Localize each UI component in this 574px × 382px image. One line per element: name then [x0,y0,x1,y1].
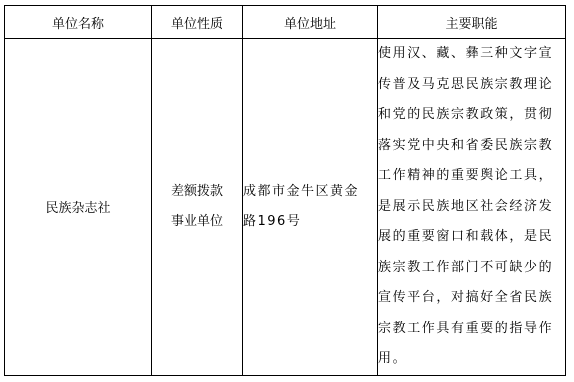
duty-line: 宗教工作具有重要的指导作 [378,314,565,345]
unit-nature-cell: 差额拨款 事业单位 [152,39,243,376]
unit-name-cell: 民族杂志社 [5,39,152,376]
table-row: 民族杂志社 差额拨款 事业单位 成都市金牛区黄金 路196号 使用汉、藏、彝三种… [5,39,566,376]
duty-line: 是展示民族地区社会经济发 [378,192,565,223]
unit-address-cell: 成都市金牛区黄金 路196号 [243,39,378,376]
unit-nature-line: 差额拨款 [152,177,242,207]
header-row: 单位名称 单位性质 单位地址 主要职能 [5,6,566,39]
duty-line: 落实党中央和省委民族宗教 [378,131,565,162]
unit-nature-line: 事业单位 [152,207,242,237]
duty-line: 用。 [378,344,565,375]
duty-line: 使用汉、藏、彝三种文字宣 [378,39,565,70]
unit-address-line: 路196号 [243,207,377,237]
unit-info-table: 单位名称 单位性质 单位地址 主要职能 民族杂志社 差额拨款 事业单位 成都市金… [4,5,566,376]
header-unit-nature: 单位性质 [152,6,243,39]
header-main-duties: 主要职能 [378,6,566,39]
header-unit-address: 单位地址 [243,6,378,39]
duty-line: 族宗教工作部门不可缺少的 [378,253,565,284]
duty-line: 工作精神的重要舆论工具， [378,161,565,192]
duty-line: 宣传平台，对搞好全省民族 [378,283,565,314]
duty-line: 和党的民族宗教政策，贯彻 [378,100,565,131]
unit-address-line: 成都市金牛区黄金 [243,177,377,207]
main-duties-cell: 使用汉、藏、彝三种文字宣 传普及马克思民族宗教理论 和党的民族宗教政策，贯彻 落… [378,39,566,376]
duty-line: 传普及马克思民族宗教理论 [378,70,565,101]
duty-line: 展的重要窗口和载体，是民 [378,222,565,253]
header-unit-name: 单位名称 [5,6,152,39]
